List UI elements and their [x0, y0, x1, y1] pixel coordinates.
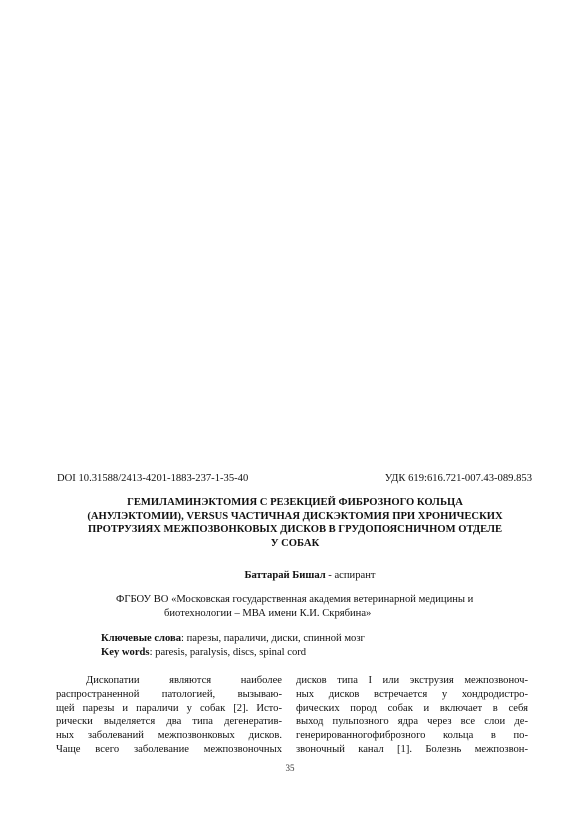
body-line: рически выделяется два типа дегенератив-: [56, 715, 282, 729]
body-line: фических пород собак и включает в себя: [296, 702, 528, 716]
title-line: У СОБАК: [50, 537, 540, 551]
keywords-en-text: : paresis, paralysis, discs, spinal cord: [150, 647, 307, 658]
keywords-en-label: Key words: [101, 647, 150, 658]
body-line: выход пульпозного ядра через все слои де…: [296, 715, 528, 729]
body-column-right: дисков типа I или экструзия межпозвоноч-…: [296, 674, 528, 757]
body-column-left: Дископатии являются наиболее распростран…: [56, 674, 282, 757]
body-line: щей парезы и параличи у собак [2]. Исто-: [56, 702, 282, 716]
keywords-ru: Ключевые слова: парезы, параличи, диски,…: [101, 632, 365, 646]
body-line: Чаще всего заболевание межпозвоночных: [56, 743, 282, 757]
body-line: ных дисков встречается у хондродистро-: [296, 688, 528, 702]
body-line: Дископатии являются наиболее: [56, 674, 282, 688]
body-line: распространенной патологией, вызываю-: [56, 688, 282, 702]
body-line: дисков типа I или экструзия межпозвоноч-: [296, 674, 528, 688]
title-line: ПРОТРУЗИЯХ МЕЖПОЗВОНКОВЫХ ДИСКОВ В ГРУДО…: [50, 523, 540, 537]
page-number: 35: [0, 763, 580, 773]
keywords-en: Key words: paresis, paralysis, discs, sp…: [101, 646, 365, 660]
affiliation-line: ФГБОУ ВО «Московская государственная ака…: [116, 593, 536, 607]
body-line: звоночный канал [1]. Болезнь межпозвон-: [296, 743, 528, 757]
body-line: ных заболеваний межпозвонковых дисков.: [56, 729, 282, 743]
doi: DOI 10.31588/2413-4201-1883-237-1-35-40: [57, 473, 248, 484]
keywords-ru-label: Ключевые слова: [101, 633, 181, 644]
author-line: Баттарай Бишал - аспирант: [0, 570, 580, 581]
article-title: ГЕМИЛАМИНЭКТОМИЯ С РЕЗЕКЦИЕЙ ФИБРОЗНОГО …: [50, 496, 540, 550]
body-line: генерированногофиброзного кольца в по-: [296, 729, 528, 743]
keywords-ru-text: : парезы, параличи, диски, спинной мозг: [181, 633, 365, 644]
affiliation-line: биотехнологии – МВА имени К.И. Скрябина»: [116, 607, 536, 621]
title-line: (АНУЛЭКТОМИИ), VERSUS ЧАСТИЧНАЯ ДИСКЭКТО…: [50, 510, 540, 524]
udk-code: УДК 619:616.721-007.43-089.853: [385, 473, 532, 484]
keywords: Ключевые слова: парезы, параличи, диски,…: [101, 632, 365, 659]
title-line: ГЕМИЛАМИНЭКТОМИЯ С РЕЗЕКЦИЕЙ ФИБРОЗНОГО …: [50, 496, 540, 510]
author-role: - аспирант: [326, 570, 376, 581]
author-name: Баттарай Бишал: [244, 570, 325, 581]
affiliation: ФГБОУ ВО «Московская государственная ака…: [116, 593, 536, 621]
